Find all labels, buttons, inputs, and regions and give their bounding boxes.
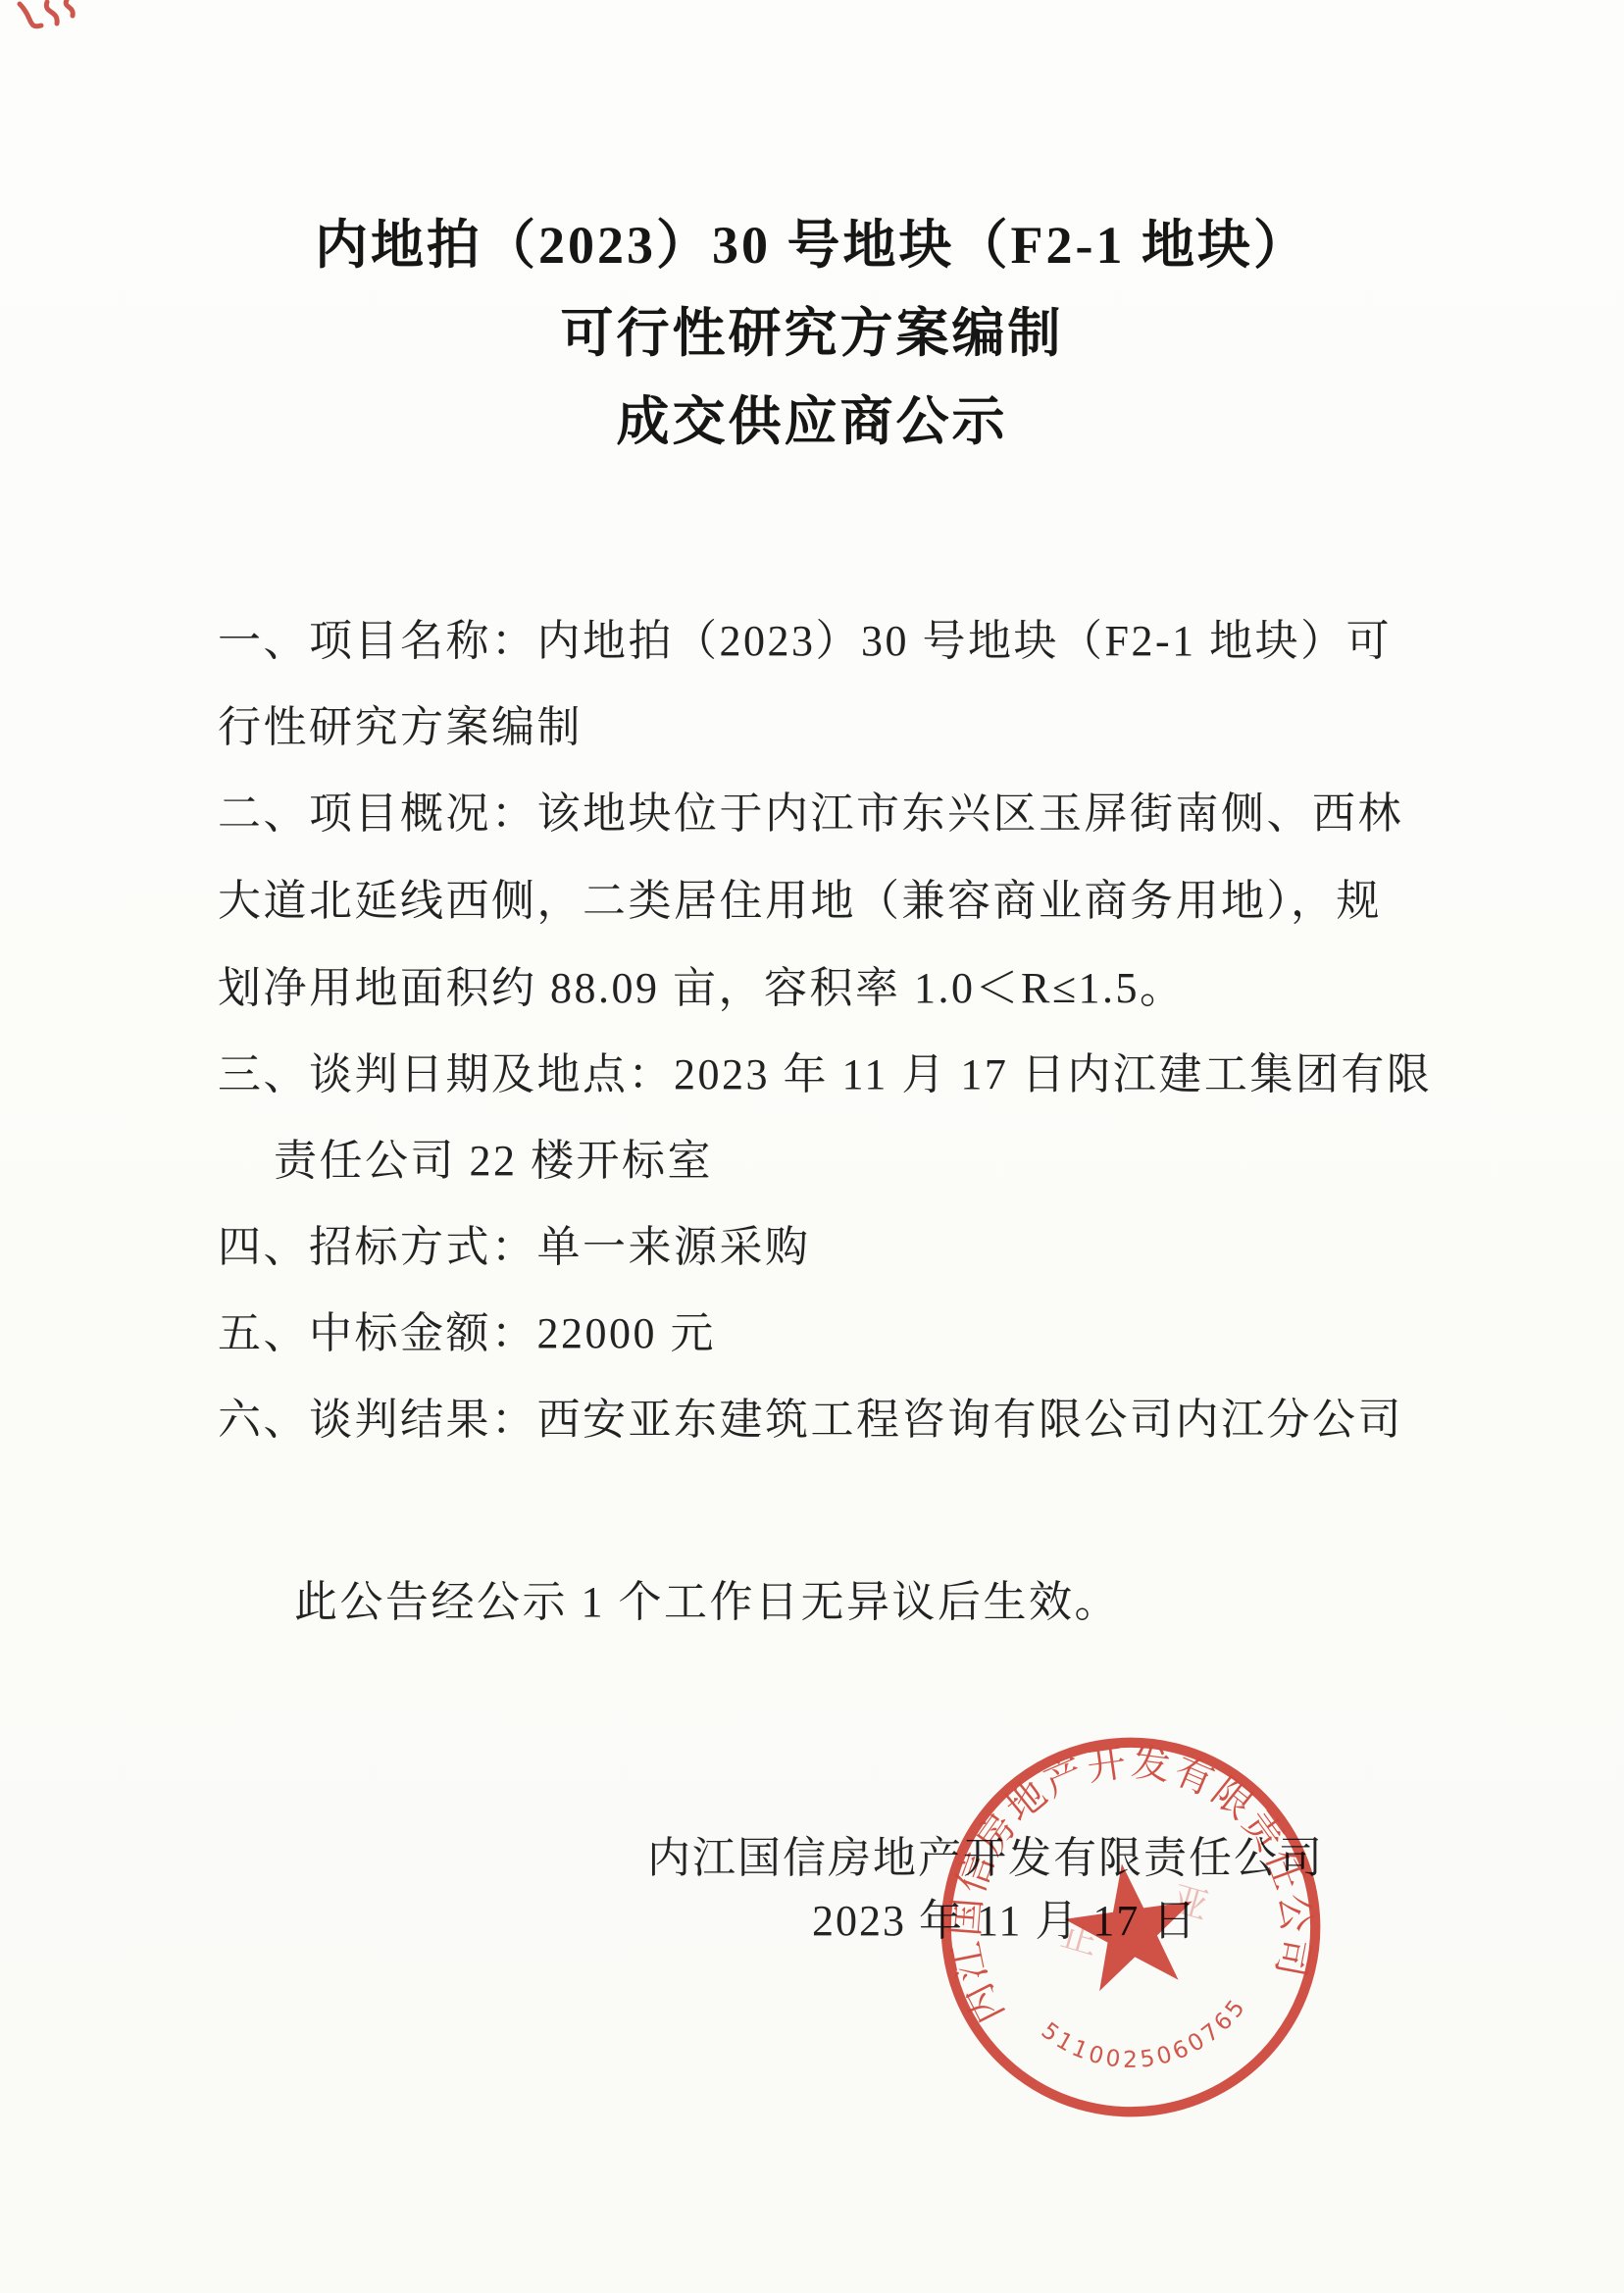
seal-smudge-text: 亚 xyxy=(1167,1879,1213,1928)
title-line-1: 内地拍（2023）30 号地块（F2-1 地块） xyxy=(0,201,1624,289)
document-title: 内地拍（2023）30 号地块（F2-1 地块） 可行性研究方案编制 成交供应商… xyxy=(0,201,1624,466)
body-line-item4: 四、招标方式：单一来源采购 xyxy=(218,1222,811,1273)
title-line-2: 可行性研究方案编制 xyxy=(0,289,1624,378)
document-page: 内地拍（2023）30 号地块（F2-1 地块） 可行性研究方案编制 成交供应商… xyxy=(0,0,1624,2293)
body-line-item2-a: 二、项目概况：该地块位于内江市东兴区玉屏街南侧、西林 xyxy=(218,789,1403,840)
body-line-item3-a: 三、谈判日期及地点：2023 年 11 月 17 日内江建工集团有限 xyxy=(218,1049,1432,1100)
closing-statement: 此公告经公示 1 个工作日无异议后生效。 xyxy=(294,1577,1120,1628)
seal-number-text: 5110025060765 xyxy=(1034,1990,1259,2087)
body-line-item3-b: 责任公司 22 楼开标室 xyxy=(274,1136,713,1187)
body-line-item1-a: 一、项目名称：内地拍（2023）30 号地块（F2-1 地块）可 xyxy=(218,616,1392,667)
body-line-item6: 六、谈判结果：西安亚东建筑工程咨询有限公司内江分公司 xyxy=(218,1395,1403,1446)
body-line-item5: 五、中标金额：22000 元 xyxy=(218,1308,716,1359)
body-line-item2-c: 划净用地面积约 88.09 亩，容积率 1.0＜R≤1.5。 xyxy=(218,963,1186,1014)
scan-red-mark xyxy=(14,0,92,59)
official-seal: 内江国信房地产开发有限责任公司 5110025060765 正 亚 xyxy=(903,1700,1357,2154)
body-line-item2-b: 大道北延线西侧，二类居住用地（兼容商业商务用地），规 xyxy=(218,876,1382,927)
body-line-item1-b: 行性研究方案编制 xyxy=(218,702,583,753)
seal-smudge-text: 正 xyxy=(1057,1914,1103,1963)
title-line-3: 成交供应商公示 xyxy=(0,378,1624,466)
